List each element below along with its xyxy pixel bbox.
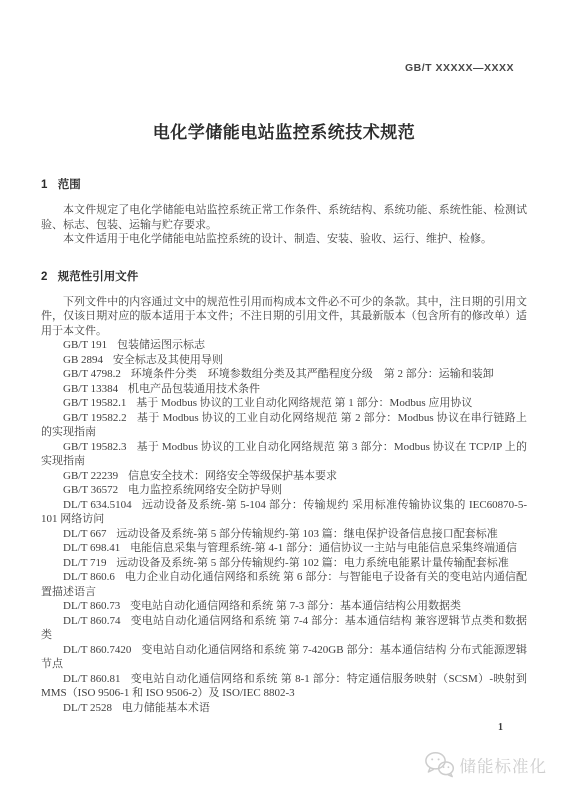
reference-item: GB/T 22239信息安全技术：网络安全等级保护基本要求 [41, 469, 527, 484]
reference-item: DL/T 860.6电力企业自动化通信网络和系统 第 6 部分：与智能电子设备有… [41, 570, 527, 599]
reference-title: 环境条件分类 环境参数组分类及其严酷程度分级 第 2 部分：运输和装卸 [131, 368, 494, 380]
reference-item: DL/T 2528电力储能基本术语 [41, 701, 527, 716]
reference-code: GB/T 4798.2 [63, 368, 121, 380]
reference-code: DL/T 2528 [63, 702, 112, 714]
section-2-label: 规范性引用文件 [58, 271, 139, 283]
reference-item: GB/T 191包装储运图示标志 [41, 338, 527, 353]
reference-title: 电能信息采集与管理系统-第 4-1 部分：通信协议一主站与电能信息采集终端通信 [130, 542, 517, 554]
section-1-label: 范围 [58, 179, 81, 191]
section-scope: 1范围 本文件规定了电化学储能电站监控系统正常工作条件、系统结构、系统功能、系统… [41, 176, 527, 247]
section-1-heading: 1范围 [41, 176, 527, 192]
section-2-number: 2 [41, 271, 47, 283]
reference-code: GB/T 191 [63, 339, 107, 351]
reference-code: DL/T 860.7420 [63, 644, 131, 656]
reference-code: GB/T 13384 [63, 383, 118, 395]
reference-title: 安全标志及其使用导则 [113, 354, 223, 366]
reference-title: 包装储运图示标志 [117, 339, 205, 351]
reference-item: GB/T 19582.3基于 Modbus 协议的工业自动化网络规范 第 3 部… [41, 440, 527, 469]
reference-code: GB/T 36572 [63, 484, 118, 496]
section-2-heading: 2规范性引用文件 [41, 268, 527, 284]
page-number: 1 [498, 722, 503, 733]
reference-list: GB/T 191包装储运图示标志 GB 2894安全标志及其使用导则 GB/T … [41, 338, 527, 715]
reference-code: GB/T 22239 [63, 470, 118, 482]
reference-title: 远动设备及系统-第 5 部分传输规约-第 102 篇：电力系统电能累计量传输配套… [116, 557, 508, 569]
reference-item: GB/T 36572电力监控系统网络安全防护导则 [41, 483, 527, 498]
reference-code: DL/T 860.73 [63, 600, 120, 612]
reference-title: 电力监控系统网络安全防护导则 [128, 484, 282, 496]
references-intro-paragraph: 下列文件中的内容通过文中的规范性引用而构成本文件必不可少的条款。其中，注日期的引… [41, 295, 527, 339]
reference-item: DL/T 698.41电能信息采集与管理系统-第 4-1 部分：通信协议一主站与… [41, 541, 527, 556]
reference-code: DL/T 860.74 [63, 615, 120, 627]
reference-code: GB/T 19582.3 [63, 441, 127, 453]
reference-item: GB/T 19582.2基于 Modbus 协议的工业自动化网络规范 第 2 部… [41, 411, 527, 440]
reference-item: GB 2894安全标志及其使用导则 [41, 353, 527, 368]
scope-paragraph-2: 本文件适用于电化学储能电站监控系统的设计、制造、安装、验收、运行、维护、检修。 [41, 232, 527, 247]
reference-code: DL/T 719 [63, 557, 107, 569]
standard-code-header: GB/T XXXXX—XXXX [41, 0, 527, 74]
reference-code: DL/T 860.6 [63, 571, 115, 583]
reference-title: 机电产品包装通用技术条件 [128, 383, 260, 395]
reference-item: DL/T 719远动设备及系统-第 5 部分传输规约-第 102 篇：电力系统电… [41, 556, 527, 571]
reference-item: GB/T 13384机电产品包装通用技术条件 [41, 382, 527, 397]
reference-item: DL/T 667远动设备及系统-第 5 部分传输规约-第 103 篇：继电保护设… [41, 527, 527, 542]
reference-item: GB/T 4798.2环境条件分类 环境参数组分类及其严酷程度分级 第 2 部分… [41, 367, 527, 382]
reference-title: 远动设备及系统-第 5 部分传输规约-第 103 篇：继电保护设备信息接口配套标… [116, 528, 497, 540]
document-page: GB/T XXXXX—XXXX 电化学储能电站监控系统技术规范 1范围 本文件规… [0, 0, 565, 800]
reference-title: 信息安全技术：网络安全等级保护基本要求 [128, 470, 337, 482]
wechat-icon [424, 751, 455, 778]
section-normative-references: 2规范性引用文件 下列文件中的内容通过文中的规范性引用而构成本文件必不可少的条款… [41, 268, 527, 716]
reference-code: DL/T 860.81 [63, 673, 121, 685]
reference-code: DL/T 698.41 [63, 542, 120, 554]
reference-code: DL/T 667 [63, 528, 107, 540]
reference-item: DL/T 634.5104远动设备及系统-第 5-104 部分：传输规约 采用标… [41, 498, 527, 527]
scope-paragraph-1: 本文件规定了电化学储能电站监控系统正常工作条件、系统结构、系统功能、系统性能、检… [41, 203, 527, 232]
reference-title: 变电站自动化通信网络和系统 第 7-3 部分：基本通信结构公用数据类 [130, 600, 461, 612]
reference-item: DL/T 860.74变电站自动化通信网络和系统 第 7-4 部分：基本通信结构… [41, 614, 527, 643]
reference-title: 基于 Modbus 协议的工业自动化网络规范 第 1 部分：Modbus 应用协… [136, 397, 472, 409]
reference-item: DL/T 860.81变电站自动化通信网络和系统 第 8-1 部分：特定通信服务… [41, 672, 527, 701]
reference-title: 电力储能基本术语 [122, 702, 210, 714]
document-title: 电化学储能电站监控系统技术规范 [41, 118, 527, 143]
watermark-label: 储能标准化 [460, 753, 548, 777]
reference-code: GB 2894 [63, 354, 103, 366]
reference-code: GB/T 19582.2 [63, 412, 127, 424]
reference-item: GB/T 19582.1基于 Modbus 协议的工业自动化网络规范 第 1 部… [41, 396, 527, 411]
watermark: 储能标准化 [424, 751, 548, 778]
reference-item: DL/T 860.7420变电站自动化通信网络和系统 第 7-420GB 部分：… [41, 643, 527, 672]
reference-code: DL/T 634.5104 [63, 499, 132, 511]
reference-item: DL/T 860.73变电站自动化通信网络和系统 第 7-3 部分：基本通信结构… [41, 599, 527, 614]
section-1-number: 1 [41, 179, 47, 191]
reference-code: GB/T 19582.1 [63, 397, 126, 409]
